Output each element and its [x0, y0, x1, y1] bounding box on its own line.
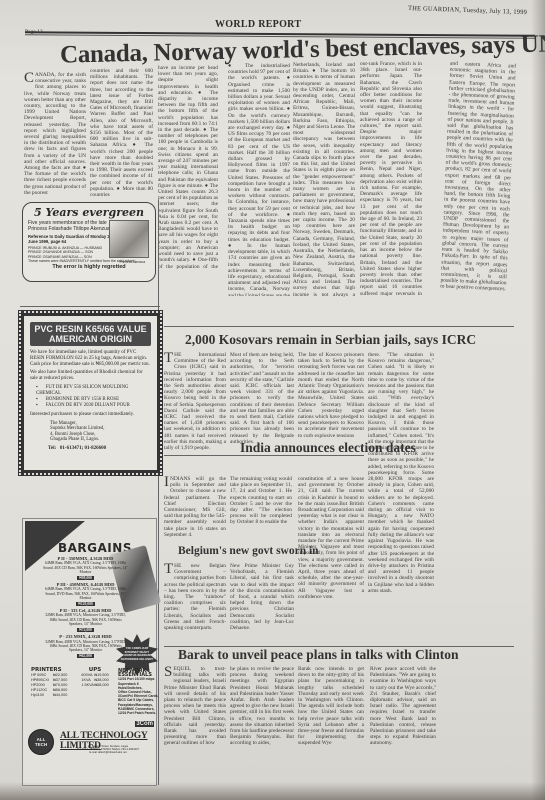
list-item: FALCON DE RTV 2030 DILUANT POUR: [36, 403, 151, 409]
product-price: ₦74,000: [77, 628, 94, 632]
tel-number: 01-613471; 01-826600: [60, 446, 106, 451]
photo-caption: Princess Akenzua: [120, 260, 145, 264]
product-item: P - 233 MMX, 4.3GB HDD 32MB Ram, 4MB VGA…: [43, 635, 128, 661]
pvc-telephone: Tel: 01-613471; 01-826600: [48, 446, 151, 451]
column-text: ● The industrialised countries hold 97 p…: [228, 63, 290, 296]
dropcap: T: [164, 563, 173, 576]
newspaper-page: THE GUARDIAN, Tuesday, July 13, 1999 Pag…: [0, 0, 545, 800]
pvc-address: The Manager, Suptoks Merchants Limited, …: [50, 421, 151, 443]
ups-table: UPS 600VA₦19,500 1KVA₦38,000 1.5KVA₦58,0…: [81, 667, 108, 698]
divider: [20, 306, 160, 307]
memorial-regret: The error is highly regretted: [28, 264, 150, 270]
kosovo-headline: 2,000 Kosovars remain in Serbian jails, …: [185, 332, 476, 348]
memorial-title: 5 Years evergreen: [28, 206, 150, 219]
company-contact: 22, Akerele Street, Surulere, Lagos Tel:…: [63, 745, 153, 755]
column-text: EQUEL to trust-building talks with regio…: [164, 666, 226, 746]
column-text: River peace accord with the Palestinians…: [370, 666, 436, 746]
india-col-3: constitution of a new house and governme…: [298, 476, 364, 600]
india-col-1: INDIANS will go the polls in September a…: [164, 476, 226, 538]
belgium-headline: Belgium's new govt sworn in: [178, 545, 319, 557]
product-specs: 32MB Ram, 4MB VGA, Minitower Casing, 3.5…: [43, 613, 128, 626]
page-edge-shadow: [0, 782, 545, 800]
dropcap: C: [24, 72, 34, 85]
3com-logo: 3Com: [135, 721, 154, 727]
product-item: P III - 450MMX, 6.4GB HDD 64MB Ram, 8MB …: [43, 583, 128, 609]
banner-line: AMERICAN ORIGIN: [30, 334, 151, 344]
divider: [164, 326, 514, 327]
barak-headline: Barak to unveil peace plans in talks wit…: [178, 647, 459, 663]
network-essentials: NETWORK ESSENTIALS 12/24 Port 10/100 mbp…: [118, 669, 163, 715]
memorial-ad: 5 Years evergreen Five years remembrance…: [22, 202, 156, 282]
item-name: Hp1100: [31, 693, 53, 698]
column-text: HE International Committee of the Red Cr…: [164, 352, 226, 451]
product-specs: 64MB Ram, 8MB VGA, ATX Casing, 3.5"FDD, …: [43, 587, 128, 600]
dropcap: T: [164, 352, 173, 365]
column-text: have an income per head lower than ten y…: [158, 65, 218, 270]
printers-table: PRINTERS HP 695C₦22,500 HP895CXI₦37,500 …: [31, 667, 67, 698]
pvc-text-1: We have for immediate sale, limited quan…: [30, 350, 151, 367]
column-text: countries and their 600 millions inhabit…: [90, 68, 153, 198]
table-row: 1.5KVA₦58,000: [81, 683, 108, 688]
column-text: Barak now intends to get down to the nit…: [298, 666, 364, 746]
barak-col-1: SEQUEL to trust-building talks with regi…: [164, 666, 226, 747]
column-text: ANADA, for the sixth consecutive year, r…: [24, 72, 86, 196]
pvc-resin-ad: PVC RESIN K65/66 VALUE AMERICAN ORIGIN W…: [18, 310, 163, 476]
badge-line: NATIONWIDE DELIVERY: [116, 658, 158, 662]
alltech-logo: ALL TECH: [28, 729, 54, 755]
tel-label: Tel:: [48, 446, 56, 451]
column-text: he plans to revive the peace process dur…: [230, 666, 294, 746]
item-price: ₦44,000: [53, 693, 67, 698]
column-text: NDIANS will go the polls in September an…: [164, 476, 226, 538]
column-text: Most of them are being held, according t…: [230, 352, 294, 445]
barak-col-3: Barak now intends to get down to the nit…: [298, 666, 364, 747]
publication-date-line: THE GUARDIAN, Tuesday, July 13, 1999: [408, 5, 527, 16]
column-text: and eastern Africa and economic stagnati…: [440, 61, 516, 293]
network-title: NETWORK ESSENTIALS: [118, 669, 163, 677]
lead-story-col-5: Netherlands, Iceland and Britain. ● The …: [293, 62, 355, 297]
product-price: ₦62,000: [77, 654, 94, 658]
lead-story-col-3: have an income per head lower than ten y…: [158, 65, 218, 270]
product-item: P II - 350MMX, 4.3GB HDD 64MB Ram, 8MB V…: [43, 557, 128, 583]
bargains-ad: BARGAINS P II - 350MMX, 4.3GB HDD 64MB R…: [22, 518, 157, 786]
product-price: ₦120,000: [76, 602, 95, 606]
lead-story-col-6: out-rank France, which is in 36th place.…: [360, 61, 422, 296]
product-specs: 32MB Ram, 4MB VGA, Minitower Casing, 3.5…: [43, 640, 128, 653]
column-text: The remaining voting would take place on…: [230, 476, 292, 525]
kosovo-col-2: Most of them are being held, according t…: [230, 352, 294, 445]
product-list: P II - 350MMX, 4.3GB HDD 64MB Ram, 8MB V…: [43, 557, 128, 661]
dropcap: I: [164, 476, 169, 489]
lead-story-col-1: CANADA, for the sixth consecutive year, …: [24, 72, 86, 196]
column-text: constitution of a new house and governme…: [298, 476, 364, 600]
table-row: Hp1100₦44,000: [31, 693, 67, 698]
portrait-photo: [109, 220, 149, 258]
product-item: P II - 333 Cel, 4.3GB HDD 32MB Ram, 4MB …: [43, 609, 128, 635]
product-price: ₦98,000: [77, 576, 94, 580]
barak-col-4: River peace accord with the Palestinians…: [370, 666, 436, 747]
list-item: 12/24 Port Patch Panels.: [118, 711, 163, 715]
company-email: E-mail: alltech@infoweb.abs.net: [63, 751, 153, 754]
belgium-col-2: New Prime Minister Guy Verhofstadt, a Fl…: [230, 563, 294, 631]
dropcap: S: [164, 666, 172, 679]
pvc-text-2: We also have limited quantities of Rhodi…: [30, 370, 151, 382]
item-price: ₦58,000: [94, 683, 108, 688]
item-name: 1.5KVA: [81, 683, 94, 688]
product-specs: 64MB Ram, 8MB VGA, ATX Casing, 3.5"FDD, …: [43, 561, 128, 574]
kosovo-col-3: The fate of Kosovo prisoners taken back …: [298, 352, 364, 439]
logo-text: TECH: [29, 742, 53, 747]
pvc-contact-note: Interested purchasers to please contact …: [30, 412, 151, 418]
column-text: there. "The situation in Kosovo remains …: [368, 352, 434, 594]
column-text: HE new Belgian Government – comprising p…: [164, 563, 226, 631]
column-text: New Prime Minister Guy Verhofstadt, a Fl…: [230, 563, 294, 631]
column-text: Netherlands, Iceland and Britain. ● The …: [293, 62, 355, 297]
lead-story-col-2: countries and their 600 millions inhabit…: [90, 68, 153, 198]
banner-line: PVC RESIN K65/66 VALUE: [30, 324, 151, 334]
belgium-col-1: THE new Belgian Government – comprising …: [164, 563, 226, 631]
india-headline: India announces election dates: [240, 440, 416, 456]
kosovo-col-4: there. "The situation in Kosovo remains …: [368, 352, 434, 607]
address-line: Gbagada Phase II, Lagos.: [50, 437, 151, 443]
lead-story-col-4: ● The industrialised countries hold 97 p…: [228, 63, 290, 296]
india-col-2: The remaining voting would take place on…: [230, 476, 292, 526]
column-text: out-rank France, which is in 36th place.…: [360, 61, 422, 296]
memorial-body: Five years remembrance of the late Princ…: [28, 221, 113, 232]
pvc-banner: PVC RESIN K65/66 VALUE AMERICAN ORIGIN: [30, 322, 151, 346]
list-item: FUT DE RTV 556 SILICON MOULDING CHEMICAL: [36, 385, 151, 397]
lead-story-col-7: and eastern Africa and economic stagnati…: [440, 61, 516, 299]
pvc-product-list: FUT DE RTV 556 SILICON MOULDING CHEMICAL…: [36, 385, 151, 409]
column-text: The fate of Kosovo prisoners taken back …: [298, 352, 364, 439]
memorial-reference: Reference to Daily Guardian of Monday 28…: [28, 234, 118, 244]
kosovo-col-1: THE International Committee of the Red C…: [164, 352, 226, 451]
list-item: Superstack II Hubs/Switches,: [118, 682, 163, 690]
section-title: WORLD REPORT: [215, 19, 301, 30]
barak-col-2: he plans to revive the peace process dur…: [230, 666, 294, 747]
